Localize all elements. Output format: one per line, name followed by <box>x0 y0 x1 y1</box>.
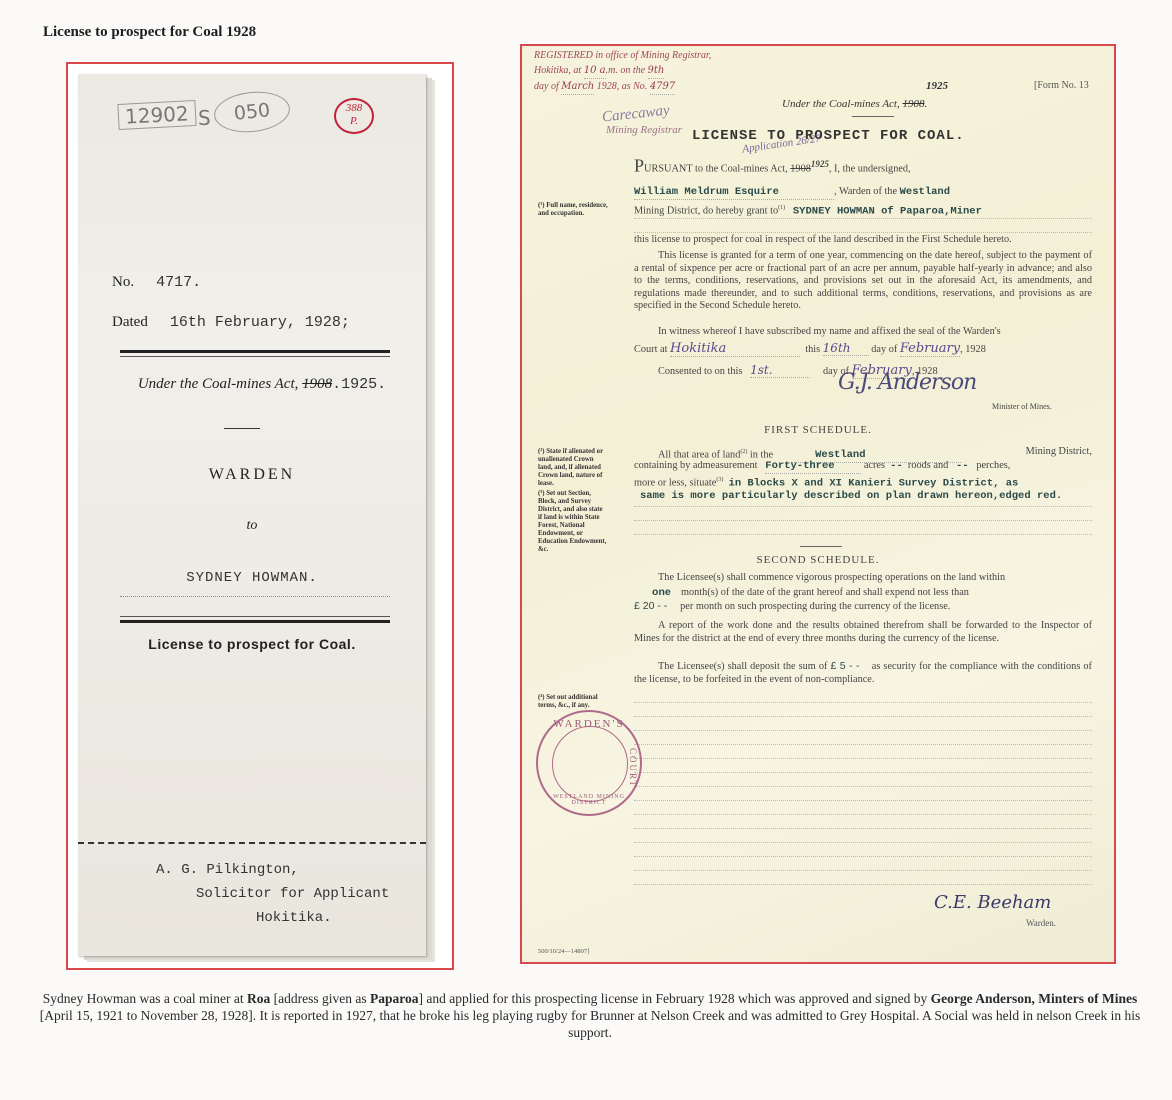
caption-text: Sydney Howman was a coal miner at <box>43 991 247 1006</box>
registration-stamp: REGISTERED in office of Mining Registrar… <box>534 48 711 95</box>
form-title: LICENSE TO PROSPECT FOR COAL. <box>692 128 965 144</box>
pencil-number-circled: 050 <box>212 88 292 136</box>
act-header: Under the Coal-mines Act, 1908. <box>782 98 927 110</box>
caption-text: [April 15, 1921 to November 28, 1928]. I… <box>40 1008 1140 1040</box>
text: Mining District, <box>1002 446 1092 459</box>
prospecting-months: one <box>652 586 671 598</box>
divider <box>120 616 390 617</box>
solicitor-place: Hokitika. <box>256 910 332 926</box>
second-schedule-p1: The Licensee(s) shall commence vigorous … <box>634 572 1092 585</box>
warden-of-text: , Warden of the <box>834 186 900 197</box>
license-number: No.4717. <box>112 274 201 291</box>
pursuant-text: , I, the undersigned, <box>829 163 911 174</box>
license-cover: 12902 S 050 388 P. No.4717. Dated16th Fe… <box>78 74 426 956</box>
caption-text: [address given as <box>270 991 370 1006</box>
text: more or less, situate <box>634 477 716 488</box>
registration-text: day of <box>534 81 561 92</box>
seal-top-text: WARDEN'S <box>538 718 640 730</box>
registration-number: 4797 <box>650 79 675 95</box>
seal-emblem <box>552 726 628 802</box>
warden-name: William Meldrum Esquire <box>634 186 834 200</box>
ruled-line <box>634 786 1092 787</box>
cover-title: License to prospect for Coal. <box>78 636 426 652</box>
margin-note-3: (³) Set out Section, Block, and Survey D… <box>538 490 608 554</box>
right-document-frame: REGISTERED in office of Mining Registrar… <box>520 44 1116 964</box>
this-label: this <box>805 344 820 355</box>
solicitor-role: Solicitor for Applicant <box>196 886 389 902</box>
registration-line-2: Hokitika, at 10 a.m. on the 9th <box>534 63 711 79</box>
day-of-label: day of <box>871 344 897 355</box>
license-date-value: 16th February, 1928; <box>170 314 350 331</box>
pursuant-text: URSUANT to the Coal-mines Act, <box>644 163 790 174</box>
ruled-line <box>634 702 1092 703</box>
schedule-situate-cont: same is more particularly described on p… <box>640 490 1062 502</box>
act-year: .1925. <box>332 376 386 393</box>
consent-label: Consented to on this <box>658 366 742 377</box>
court-at-label: Court at <box>634 344 667 355</box>
ruled-line <box>634 800 1092 801</box>
schedule-situate: in Blocks X and XI Kanieri Survey Distri… <box>729 477 1019 489</box>
ruled-line <box>634 520 1092 521</box>
registration-text: .m. on the <box>606 65 648 76</box>
text: All that area of land <box>658 449 740 460</box>
ruled-line <box>634 856 1092 857</box>
dotted-line <box>120 596 390 597</box>
red-stamp-letter: P. <box>336 115 372 128</box>
registration-time: 10 a <box>584 63 606 79</box>
schedule-perches: -- <box>956 460 969 472</box>
ruled-line <box>634 842 1092 843</box>
second-schedule-p3: The Licensee(s) shall deposit the sum of… <box>634 660 1092 686</box>
registrar-label: Mining Registrar <box>606 124 682 136</box>
solicitor-name: A. G. Pilkington, <box>156 862 299 878</box>
registration-line-3: day of March 1928, as No. 4797 <box>534 79 711 95</box>
second-schedule-p2: A report of the work done and the result… <box>634 620 1092 645</box>
seal-side-text: COURT <box>628 748 638 788</box>
warden-signature: C.E. Beeham <box>934 892 1051 913</box>
margin-note-1: (¹) Full name, residence, and occupation… <box>538 202 608 218</box>
divider <box>120 356 390 357</box>
red-stamp: 388 P. <box>334 98 374 134</box>
ruled-line <box>634 828 1092 829</box>
ruled-line <box>634 716 1092 717</box>
license-date: Dated16th February, 1928; <box>112 314 350 331</box>
text: acres <box>864 460 885 471</box>
license-number-value: 4717. <box>156 274 201 291</box>
registrar-signature: Carecaway <box>601 103 670 127</box>
pencil-letter: S <box>198 106 211 130</box>
deposit-amount: £ 5 - - <box>831 660 860 672</box>
text: perches, <box>976 460 1010 471</box>
red-stamp-number: 388 <box>336 102 372 115</box>
witness-month: February <box>900 343 960 357</box>
print-code: 500/10/24—14807] <box>538 948 589 955</box>
short-divider <box>224 428 260 429</box>
act-prefix: Under the Coal-mines Act, <box>138 376 302 392</box>
act-header-struck: 1908 <box>902 98 924 110</box>
pursuant-line: PURSUANT to the Coal-mines Act, 19081925… <box>634 158 1092 176</box>
court-line: Court at Hokitika this 16th day of Febru… <box>634 342 1092 357</box>
ruled-line <box>634 814 1092 815</box>
monthly-expenditure: £ 20 - - <box>634 600 667 612</box>
ruled-line <box>634 218 1092 219</box>
registration-text: 1928, as No. <box>594 81 650 92</box>
ruled-line <box>634 758 1092 759</box>
grantee: SYDNEY HOWMAN of Paparoa,Miner <box>793 205 982 217</box>
text: The Licensee(s) shall commence vigorous … <box>658 572 1005 583</box>
text: month(s) of the date of the grant hereof… <box>681 587 969 598</box>
divider <box>120 620 390 623</box>
schedule-line-3: more or less, situate(3) in Blocks X and… <box>634 474 1092 490</box>
text: roods and <box>908 460 948 471</box>
caption-bold: Paparoa <box>370 991 419 1006</box>
ruled-line <box>634 232 1092 233</box>
pursuant-amended-year: 1925 <box>811 159 829 169</box>
text: The Licensee(s) shall deposit the sum of <box>658 661 827 672</box>
warden-line: William Meldrum Esquire, Warden of the W… <box>634 186 1092 200</box>
witness-line: In witness whereof I have subscribed my … <box>634 326 1092 339</box>
term-paragraph: This license is granted for a term of on… <box>634 250 1092 313</box>
dropcap: P <box>634 155 644 175</box>
minister-label: Minister of Mines. <box>992 402 1052 411</box>
text: containing by admeasurement <box>634 460 758 471</box>
witness-day: 16th <box>823 342 869 356</box>
schedule-line-2: containing by admeasurement Forty-three … <box>634 460 1092 474</box>
ruled-line <box>634 744 1092 745</box>
margin-note-2: (²) State if alienated or unalienated Cr… <box>538 448 608 488</box>
ruled-line <box>634 772 1092 773</box>
pencil-number-boxed: 12902 <box>117 100 196 130</box>
registration-day: 9th <box>648 63 665 79</box>
licensee-name: SYDNEY HOWMAN. <box>78 570 426 586</box>
act-header-text: Under the Coal-mines Act, <box>782 98 902 110</box>
registration-month: March <box>561 79 594 95</box>
witness-year: , 1928 <box>960 344 986 355</box>
schedule-line-4: same is more particularly described on p… <box>634 490 1092 503</box>
schedule-roods: -- <box>890 460 903 472</box>
form-number: [Form No. 13 <box>1034 80 1089 91</box>
consent-day: 1st. <box>750 364 810 378</box>
grant-text: Mining District, do hereby grant to <box>634 205 778 216</box>
ruled-line <box>634 870 1092 871</box>
ruled-line <box>634 730 1092 731</box>
fold-dashed-line <box>78 842 426 844</box>
caption-bold: Roa <box>247 991 270 1006</box>
registration-text: Hokitika, at <box>534 65 584 76</box>
margin-note-4: (⁴) Set out additional terms, &c., if an… <box>538 694 608 710</box>
second-schedule-heading: SECOND SCHEDULE. <box>522 554 1114 566</box>
act-reference: Under the Coal-mines Act, 1908.1925. <box>78 376 426 393</box>
caption-bold: George Anderson, Minters of Mines <box>931 991 1138 1006</box>
ruled-line <box>634 506 1092 507</box>
second-schedule-p1-line3: £ 20 - - per month on such prospecting d… <box>634 600 1092 614</box>
text: in the <box>747 449 773 460</box>
district-name: Westland <box>900 186 950 198</box>
schedule-acres: Forty-three <box>765 460 861 474</box>
court-place: Hokitika <box>670 343 800 357</box>
ruled-line <box>634 884 1092 885</box>
license-number-label: No. <box>112 274 134 290</box>
pursuant-struck-year: 1908 <box>790 163 811 174</box>
page-title: License to prospect for Coal 1928 <box>43 24 256 41</box>
issuer: WARDEN <box>78 466 426 484</box>
ruled-line <box>634 534 1092 535</box>
act-amended-year: 1925 <box>926 80 948 92</box>
act-struck-year: 1908 <box>302 376 332 392</box>
grant-line: Mining District, do hereby grant to(1) S… <box>634 202 1092 218</box>
left-document-frame: 12902 S 050 388 P. No.4717. Dated16th Fe… <box>66 62 454 970</box>
first-schedule-heading: FIRST SCHEDULE. <box>522 424 1114 436</box>
caption-text: ] and applied for this prospecting licen… <box>419 991 931 1006</box>
this-license-line: this license to prospect for coal in res… <box>634 234 1092 247</box>
warden-label: Warden. <box>1026 918 1056 928</box>
text: per month on such prospecting during the… <box>680 601 950 612</box>
to-label: to <box>78 518 426 534</box>
minister-signature: G.J. Anderson <box>838 370 976 395</box>
divider <box>852 116 894 117</box>
seal-bottom-text: WESTLAND MINING DISTRICT <box>538 794 640 806</box>
caption: Sydney Howman was a coal miner at Roa [a… <box>36 990 1144 1041</box>
divider <box>800 546 842 547</box>
license-date-label: Dated <box>112 314 148 330</box>
divider <box>120 350 390 353</box>
second-schedule-p1-line2: one month(s) of the date of the grant he… <box>634 586 1092 600</box>
wardens-court-seal: WARDEN'S COURT WESTLAND MINING DISTRICT <box>536 710 642 816</box>
registration-line-1: REGISTERED in office of Mining Registrar… <box>534 48 711 63</box>
